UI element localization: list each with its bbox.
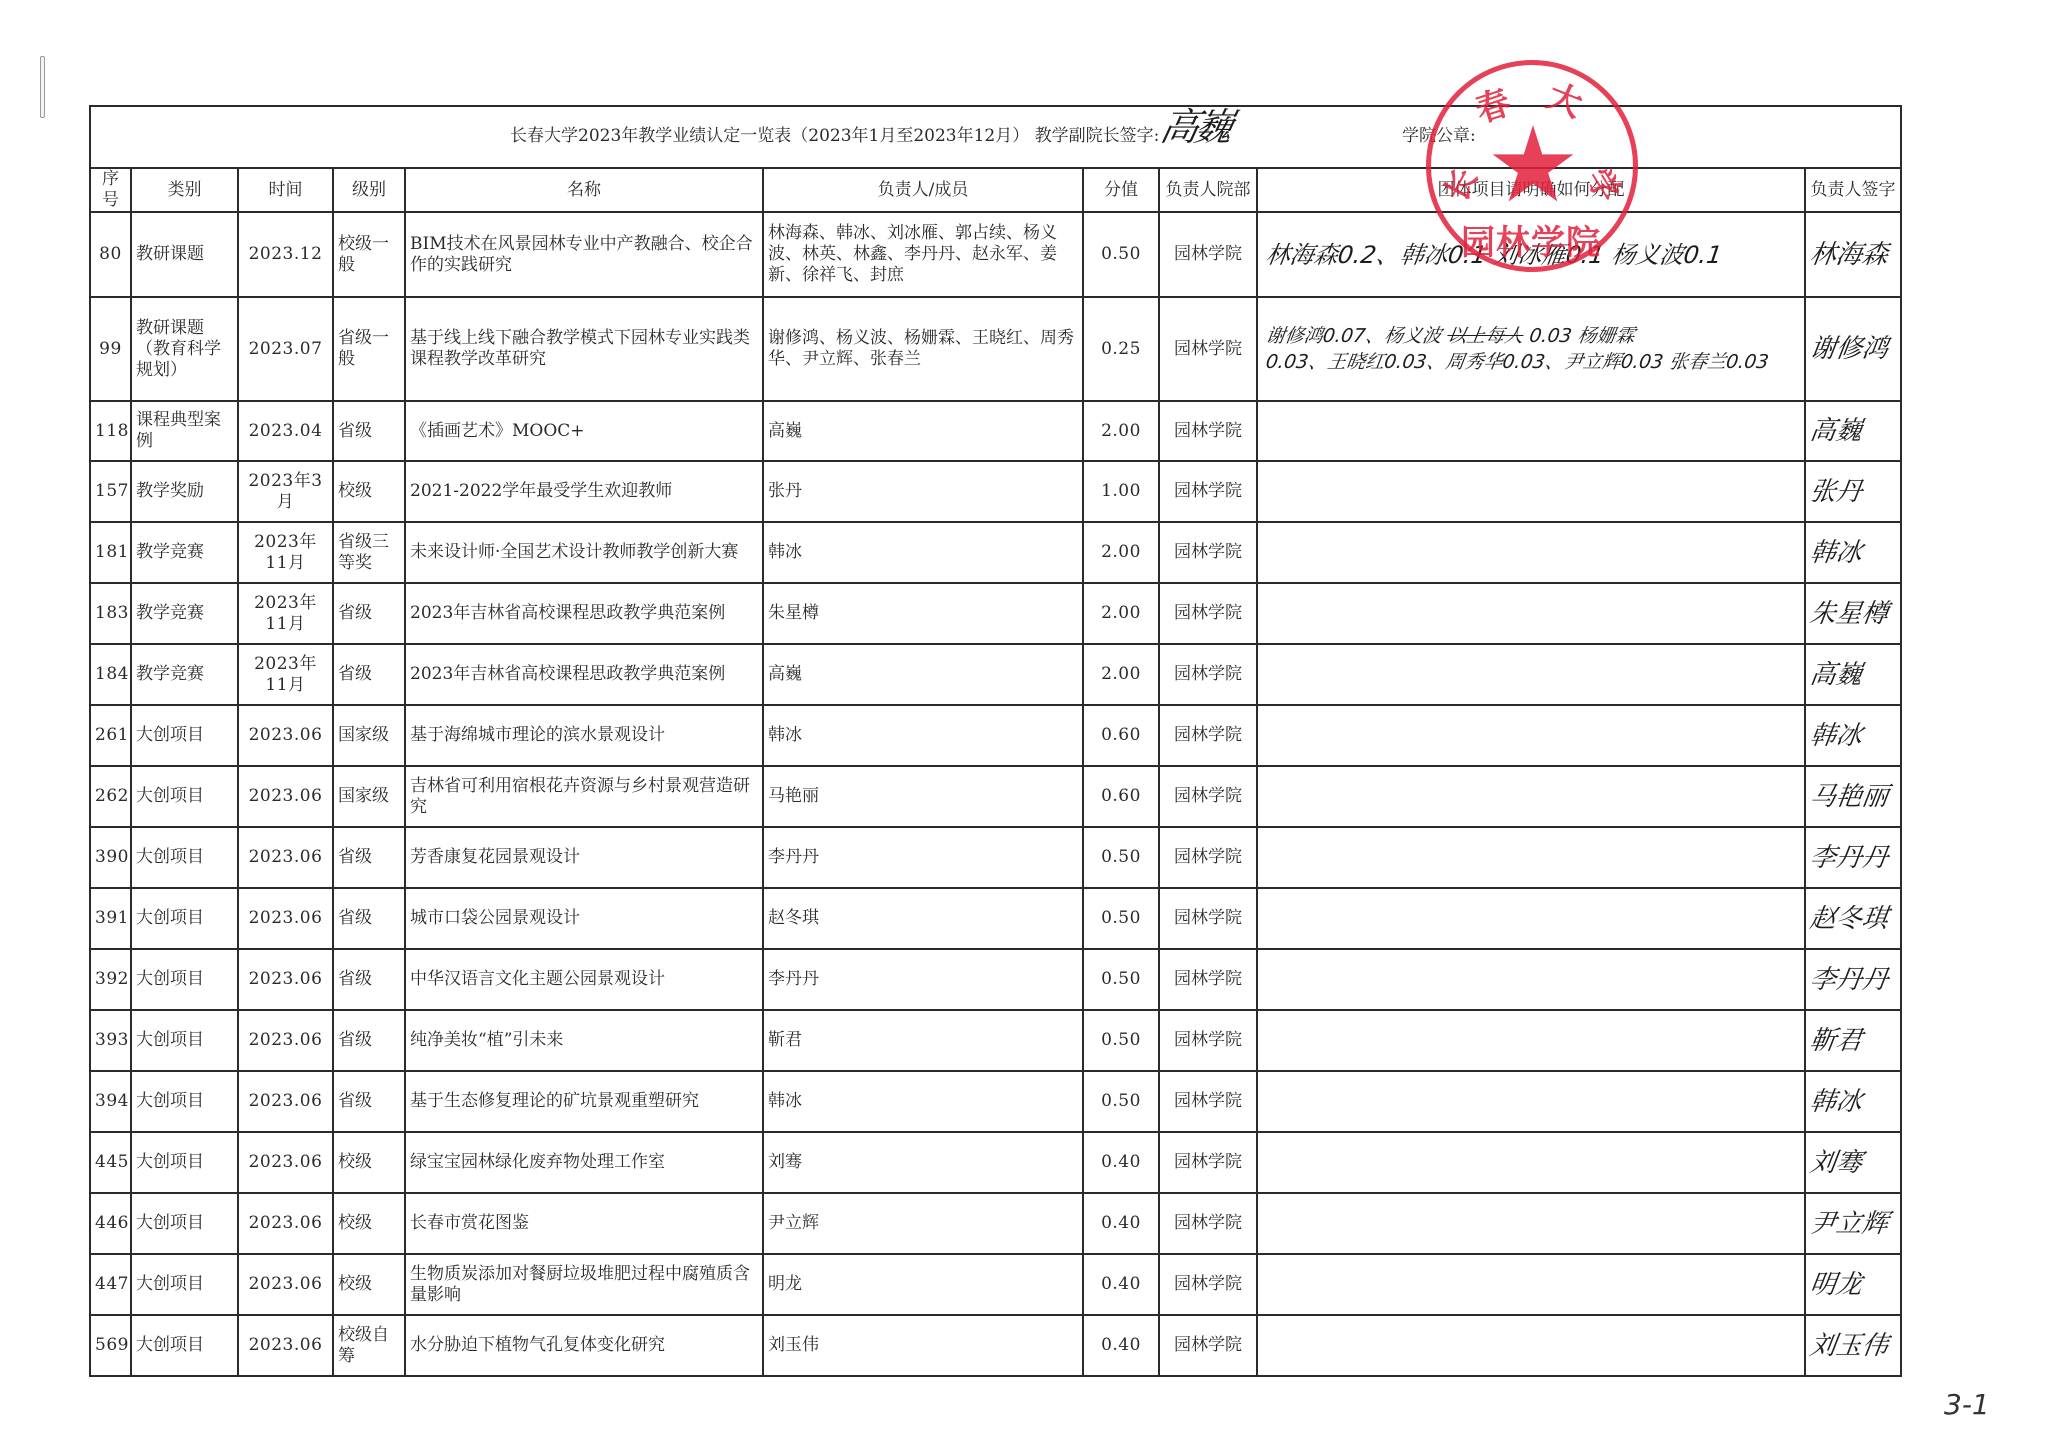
row-dept: 园林学院 (1159, 401, 1257, 461)
row-score: 0.40 (1083, 1315, 1159, 1376)
row-members: 靳君 (763, 1010, 1083, 1071)
row-allocation: 林海森0.2、韩冰0.1 刘冰雁0.1 杨义波0.1 (1257, 212, 1805, 297)
row-dept: 园林学院 (1159, 212, 1257, 297)
row-signature-cell: 韩冰 (1805, 1071, 1901, 1132)
row-allocation (1257, 522, 1805, 583)
row-members: 尹立辉 (763, 1193, 1083, 1254)
table-row: 447大创项目2023.06校级生物质炭添加对餐厨垃圾堆肥过程中腐殖质含量影响明… (90, 1254, 1901, 1315)
row-category: 大创项目 (131, 949, 238, 1010)
table-row: 446大创项目2023.06校级长春市赏花图鉴尹立辉0.40园林学院尹立辉 (90, 1193, 1901, 1254)
page-number: 3-1 (1944, 1388, 1990, 1421)
header-row: 序号类别时间级别名称负责人/成员分值负责人院部团体项目请明确如何分配负责人签字 (90, 168, 1901, 212)
row-signature-cell: 林海森 (1805, 212, 1901, 297)
row-signature-cell: 高巍 (1805, 644, 1901, 705)
table-row: 445大创项目2023.06校级绿宝宝园林绿化废弃物处理工作室刘骞0.40园林学… (90, 1132, 1901, 1193)
row-time: 2023.06 (238, 766, 333, 827)
row-number: 184 (90, 644, 131, 705)
header-signature: 负责人签字 (1805, 168, 1901, 212)
handwritten-signature: 林海森 (1808, 240, 1890, 270)
row-score: 0.50 (1083, 949, 1159, 1010)
row-score: 0.40 (1083, 1254, 1159, 1315)
row-number: 390 (90, 827, 131, 888)
handwritten-allocation: 林海森0.2、韩冰0.1 刘冰雁0.1 杨义波0.1 (1264, 240, 1724, 270)
row-score: 2.00 (1083, 583, 1159, 644)
row-category: 大创项目 (131, 1132, 238, 1193)
row-number: 392 (90, 949, 131, 1010)
table-row: 569大创项目2023.06校级自筹水分胁迫下植物气孔复体变化研究刘玉伟0.40… (90, 1315, 1901, 1376)
row-level: 省级三等奖 (333, 522, 405, 583)
handwritten-signature: 张丹 (1808, 477, 1864, 507)
row-time: 2023.06 (238, 705, 333, 766)
row-number: 181 (90, 522, 131, 583)
row-number: 183 (90, 583, 131, 644)
row-members: 赵冬琪 (763, 888, 1083, 949)
row-members: 马艳丽 (763, 766, 1083, 827)
row-members: 李丹丹 (763, 949, 1083, 1010)
row-number: 118 (90, 401, 131, 461)
row-name: 基于线上线下融合教学模式下园林专业实践类课程教学改革研究 (405, 297, 763, 401)
row-members: 韩冰 (763, 1071, 1083, 1132)
header-score: 分值 (1083, 168, 1159, 212)
row-time: 2023.06 (238, 1071, 333, 1132)
row-level: 校级自筹 (333, 1315, 405, 1376)
row-score: 0.50 (1083, 1010, 1159, 1071)
row-category: 教学竞赛 (131, 522, 238, 583)
row-level: 校级 (333, 1132, 405, 1193)
row-dept: 园林学院 (1159, 583, 1257, 644)
header-level: 级别 (333, 168, 405, 212)
row-score: 0.60 (1083, 705, 1159, 766)
row-dept: 园林学院 (1159, 1010, 1257, 1071)
row-dept: 园林学院 (1159, 949, 1257, 1010)
handwritten-signature: 韩冰 (1808, 721, 1864, 751)
row-time: 2023.07 (238, 297, 333, 401)
handwritten-signature: 马艳丽 (1808, 782, 1890, 812)
row-members: 高巍 (763, 644, 1083, 705)
row-allocation (1257, 1315, 1805, 1376)
row-level: 校级 (333, 461, 405, 522)
row-score: 0.50 (1083, 212, 1159, 297)
row-number: 261 (90, 705, 131, 766)
row-number: 569 (90, 1315, 131, 1376)
row-allocation: 谢修鸿0.07、杨义波 以上每人 0.03 杨姗霖0.03、王晓红0.03、周秀… (1257, 297, 1805, 401)
handwritten-signature: 高巍 (1808, 660, 1864, 690)
row-signature-cell: 赵冬琪 (1805, 888, 1901, 949)
handwritten-signature: 明龙 (1808, 1270, 1864, 1300)
row-number: 80 (90, 212, 131, 297)
row-time: 2023.06 (238, 827, 333, 888)
row-name: 未来设计师·全国艺术设计教师教学创新大赛 (405, 522, 763, 583)
row-allocation (1257, 949, 1805, 1010)
row-level: 省级 (333, 1071, 405, 1132)
handwritten-signature: 尹立辉 (1808, 1209, 1890, 1239)
row-signature-cell: 张丹 (1805, 461, 1901, 522)
handwritten-signature: 谢修鸿 (1808, 334, 1890, 364)
row-level: 省级 (333, 644, 405, 705)
row-members: 韩冰 (763, 522, 1083, 583)
row-level: 国家级 (333, 705, 405, 766)
row-dept: 园林学院 (1159, 705, 1257, 766)
table-row: 393大创项目2023.06省级纯净美妆“植”引未来靳君0.50园林学院靳君 (90, 1010, 1901, 1071)
row-name: 长春市赏花图鉴 (405, 1193, 763, 1254)
row-members: 韩冰 (763, 705, 1083, 766)
row-level: 省级 (333, 583, 405, 644)
handwritten-signature: 赵冬琪 (1808, 904, 1890, 934)
row-name: 2023年吉林省高校课程思政教学典范案例 (405, 583, 763, 644)
vp-signature: 高巍 (1159, 117, 1231, 138)
performance-table: 长春大学2023年教学业绩认定一览表（2023年1月至2023年12月） 教学副… (89, 105, 1902, 1377)
row-score: 0.50 (1083, 1071, 1159, 1132)
row-score: 2.00 (1083, 522, 1159, 583)
title-row: 长春大学2023年教学业绩认定一览表（2023年1月至2023年12月） 教学副… (90, 106, 1901, 168)
row-allocation (1257, 583, 1805, 644)
table-row: 261大创项目2023.06国家级基于海绵城市理论的滨水景观设计韩冰0.60园林… (90, 705, 1901, 766)
handwritten-signature: 刘玉伟 (1808, 1331, 1890, 1361)
row-category: 教研课题 (131, 212, 238, 297)
row-signature-cell: 明龙 (1805, 1254, 1901, 1315)
row-signature-cell: 韩冰 (1805, 522, 1901, 583)
binding-staple-mark (40, 56, 45, 118)
row-time: 2023年11月 (238, 644, 333, 705)
row-members: 高巍 (763, 401, 1083, 461)
header-no: 序号 (90, 168, 131, 212)
row-time: 2023年11月 (238, 522, 333, 583)
row-dept: 园林学院 (1159, 297, 1257, 401)
table-row: 157教学奖励2023年3月校级2021-2022学年最受学生欢迎教师张丹1.0… (90, 461, 1901, 522)
row-name: 城市口袋公园景观设计 (405, 888, 763, 949)
table-row: 392大创项目2023.06省级中华汉语言文化主题公园景观设计李丹丹0.50园林… (90, 949, 1901, 1010)
row-level: 省级 (333, 949, 405, 1010)
row-members: 刘骞 (763, 1132, 1083, 1193)
row-category: 大创项目 (131, 705, 238, 766)
row-dept: 园林学院 (1159, 1254, 1257, 1315)
row-level: 校级一般 (333, 212, 405, 297)
row-category: 大创项目 (131, 1010, 238, 1071)
row-score: 0.60 (1083, 766, 1159, 827)
handwritten-signature: 朱星樽 (1808, 599, 1890, 629)
table-row: 394大创项目2023.06省级基于生态修复理论的矿坑景观重塑研究韩冰0.50园… (90, 1071, 1901, 1132)
row-number: 391 (90, 888, 131, 949)
row-name: 生物质炭添加对餐厨垃圾堆肥过程中腐殖质含量影响 (405, 1254, 763, 1315)
row-name: BIM技术在风景园林专业中产教融合、校企合作的实践研究 (405, 212, 763, 297)
row-dept: 园林学院 (1159, 461, 1257, 522)
handwritten-signature: 韩冰 (1808, 1087, 1864, 1117)
handwritten-allocation: 0.03、王晓红0.03、周秀华0.03、尹立辉0.03 张春兰0.03 (1264, 349, 1770, 375)
row-name: 2023年吉林省高校课程思政教学典范案例 (405, 644, 763, 705)
row-allocation (1257, 1071, 1805, 1132)
row-category: 大创项目 (131, 1254, 238, 1315)
table-row: 80教研课题2023.12校级一般BIM技术在风景园林专业中产教融合、校企合作的… (90, 212, 1901, 297)
row-category: 大创项目 (131, 766, 238, 827)
handwritten-signature: 刘骞 (1808, 1148, 1864, 1178)
row-category: 大创项目 (131, 888, 238, 949)
row-name: 《插画艺术》MOOC+ (405, 401, 763, 461)
row-name: 绿宝宝园林绿化废弃物处理工作室 (405, 1132, 763, 1193)
row-time: 2023.12 (238, 212, 333, 297)
row-number: 99 (90, 297, 131, 401)
row-level: 省级 (333, 827, 405, 888)
row-allocation (1257, 644, 1805, 705)
row-time: 2023年3月 (238, 461, 333, 522)
row-dept: 园林学院 (1159, 1132, 1257, 1193)
handwritten-allocation: 谢修鸿0.07、杨义波 以上每人 0.03 杨姗霖 (1264, 323, 1636, 349)
header-time: 时间 (238, 168, 333, 212)
row-dept: 园林学院 (1159, 766, 1257, 827)
row-signature-cell: 刘玉伟 (1805, 1315, 1901, 1376)
row-score: 0.40 (1083, 1132, 1159, 1193)
row-signature-cell: 刘骞 (1805, 1132, 1901, 1193)
row-allocation (1257, 705, 1805, 766)
row-number: 262 (90, 766, 131, 827)
row-category: 大创项目 (131, 1315, 238, 1376)
header-category: 类别 (131, 168, 238, 212)
row-number: 446 (90, 1193, 131, 1254)
table-row: 99教研课题（教育科学规划）2023.07省级一般基于线上线下融合教学模式下园林… (90, 297, 1901, 401)
row-level: 省级 (333, 888, 405, 949)
row-signature-cell: 靳君 (1805, 1010, 1901, 1071)
row-category: 大创项目 (131, 1071, 238, 1132)
header-name: 名称 (405, 168, 763, 212)
row-number: 445 (90, 1132, 131, 1193)
row-level: 校级 (333, 1254, 405, 1315)
row-number: 393 (90, 1010, 131, 1071)
row-name: 基于生态修复理论的矿坑景观重塑研究 (405, 1071, 763, 1132)
row-signature-cell: 尹立辉 (1805, 1193, 1901, 1254)
row-score: 1.00 (1083, 461, 1159, 522)
row-allocation (1257, 1010, 1805, 1071)
header-allocation: 团体项目请明确如何分配 (1257, 168, 1805, 212)
row-category: 课程典型案例 (131, 401, 238, 461)
row-time: 2023.06 (238, 1254, 333, 1315)
row-time: 2023.06 (238, 1132, 333, 1193)
row-allocation (1257, 766, 1805, 827)
row-allocation (1257, 1132, 1805, 1193)
row-time: 2023.06 (238, 1010, 333, 1071)
row-members: 张丹 (763, 461, 1083, 522)
row-level: 省级 (333, 401, 405, 461)
row-signature-cell: 李丹丹 (1805, 827, 1901, 888)
handwritten-signature: 高巍 (1808, 416, 1864, 446)
row-category: 教学竞赛 (131, 583, 238, 644)
row-category: 大创项目 (131, 827, 238, 888)
row-dept: 园林学院 (1159, 1071, 1257, 1132)
row-time: 2023.06 (238, 1193, 333, 1254)
row-allocation (1257, 1254, 1805, 1315)
row-signature-cell: 朱星樽 (1805, 583, 1901, 644)
row-members: 谢修鸿、杨义波、杨姗霖、王晓红、周秀华、尹立辉、张春兰 (763, 297, 1083, 401)
college-seal-label: 学院公章: (1402, 126, 1476, 147)
row-name: 基于海绵城市理论的滨水景观设计 (405, 705, 763, 766)
row-name: 纯净美妆“植”引未来 (405, 1010, 763, 1071)
row-category: 教学奖励 (131, 461, 238, 522)
row-name: 芳香康复花园景观设计 (405, 827, 763, 888)
row-dept: 园林学院 (1159, 827, 1257, 888)
row-members: 明龙 (763, 1254, 1083, 1315)
table-row: 391大创项目2023.06省级城市口袋公园景观设计赵冬琪0.50园林学院赵冬琪 (90, 888, 1901, 949)
row-time: 2023年11月 (238, 583, 333, 644)
header-dept: 负责人院部 (1159, 168, 1257, 212)
row-allocation (1257, 888, 1805, 949)
row-members: 林海森、韩冰、刘冰雁、郭占续、杨义波、林英、林鑫、李丹丹、赵永军、姜新、徐祥飞、… (763, 212, 1083, 297)
row-allocation (1257, 1193, 1805, 1254)
row-dept: 园林学院 (1159, 522, 1257, 583)
row-number: 394 (90, 1071, 131, 1132)
header-members: 负责人/成员 (763, 168, 1083, 212)
row-dept: 园林学院 (1159, 1193, 1257, 1254)
row-level: 国家级 (333, 766, 405, 827)
row-category: 教学竞赛 (131, 644, 238, 705)
row-signature-cell: 谢修鸿 (1805, 297, 1901, 401)
row-name: 2021-2022学年最受学生欢迎教师 (405, 461, 763, 522)
row-score: 0.50 (1083, 888, 1159, 949)
row-allocation (1257, 461, 1805, 522)
row-time: 2023.06 (238, 949, 333, 1010)
table-row: 118课程典型案例2023.04省级《插画艺术》MOOC+高巍2.00园林学院高… (90, 401, 1901, 461)
row-signature-cell: 高巍 (1805, 401, 1901, 461)
row-level: 校级 (333, 1193, 405, 1254)
row-name: 吉林省可利用宿根花卉资源与乡村景观营造研究 (405, 766, 763, 827)
table-row: 390大创项目2023.06省级芳香康复花园景观设计李丹丹0.50园林学院李丹丹 (90, 827, 1901, 888)
vp-signature-label: 教学副院长签字: (1035, 126, 1160, 146)
row-signature-cell: 李丹丹 (1805, 949, 1901, 1010)
row-score: 2.00 (1083, 644, 1159, 705)
row-time: 2023.06 (238, 1315, 333, 1376)
row-members: 李丹丹 (763, 827, 1083, 888)
row-name: 中华汉语言文化主题公园景观设计 (405, 949, 763, 1010)
table-row: 262大创项目2023.06国家级吉林省可利用宿根花卉资源与乡村景观营造研究马艳… (90, 766, 1901, 827)
table-row: 183教学竞赛2023年11月省级2023年吉林省高校课程思政教学典范案例朱星樽… (90, 583, 1901, 644)
row-category: 教研课题（教育科学规划） (131, 297, 238, 401)
row-level: 省级 (333, 1010, 405, 1071)
row-allocation (1257, 401, 1805, 461)
handwritten-signature: 李丹丹 (1808, 843, 1890, 873)
row-score: 0.25 (1083, 297, 1159, 401)
row-members: 刘玉伟 (763, 1315, 1083, 1376)
row-members: 朱星樽 (763, 583, 1083, 644)
row-time: 2023.04 (238, 401, 333, 461)
handwritten-signature: 韩冰 (1808, 538, 1864, 568)
document-title: 长春大学2023年教学业绩认定一览表（2023年1月至2023年12月） 教学副… (510, 126, 1159, 147)
handwritten-signature: 靳君 (1808, 1026, 1864, 1056)
row-score: 2.00 (1083, 401, 1159, 461)
row-signature-cell: 韩冰 (1805, 705, 1901, 766)
row-name: 水分胁迫下植物气孔复体变化研究 (405, 1315, 763, 1376)
row-allocation (1257, 827, 1805, 888)
row-number: 157 (90, 461, 131, 522)
row-level: 省级一般 (333, 297, 405, 401)
row-score: 0.40 (1083, 1193, 1159, 1254)
row-dept: 园林学院 (1159, 644, 1257, 705)
row-score: 0.50 (1083, 827, 1159, 888)
row-signature-cell: 马艳丽 (1805, 766, 1901, 827)
row-dept: 园林学院 (1159, 1315, 1257, 1376)
table-row: 184教学竞赛2023年11月省级2023年吉林省高校课程思政教学典范案例高巍2… (90, 644, 1901, 705)
row-dept: 园林学院 (1159, 888, 1257, 949)
row-number: 447 (90, 1254, 131, 1315)
row-category: 大创项目 (131, 1193, 238, 1254)
handwritten-signature: 李丹丹 (1808, 965, 1890, 995)
table-row: 181教学竞赛2023年11月省级三等奖未来设计师·全国艺术设计教师教学创新大赛… (90, 522, 1901, 583)
row-time: 2023.06 (238, 888, 333, 949)
